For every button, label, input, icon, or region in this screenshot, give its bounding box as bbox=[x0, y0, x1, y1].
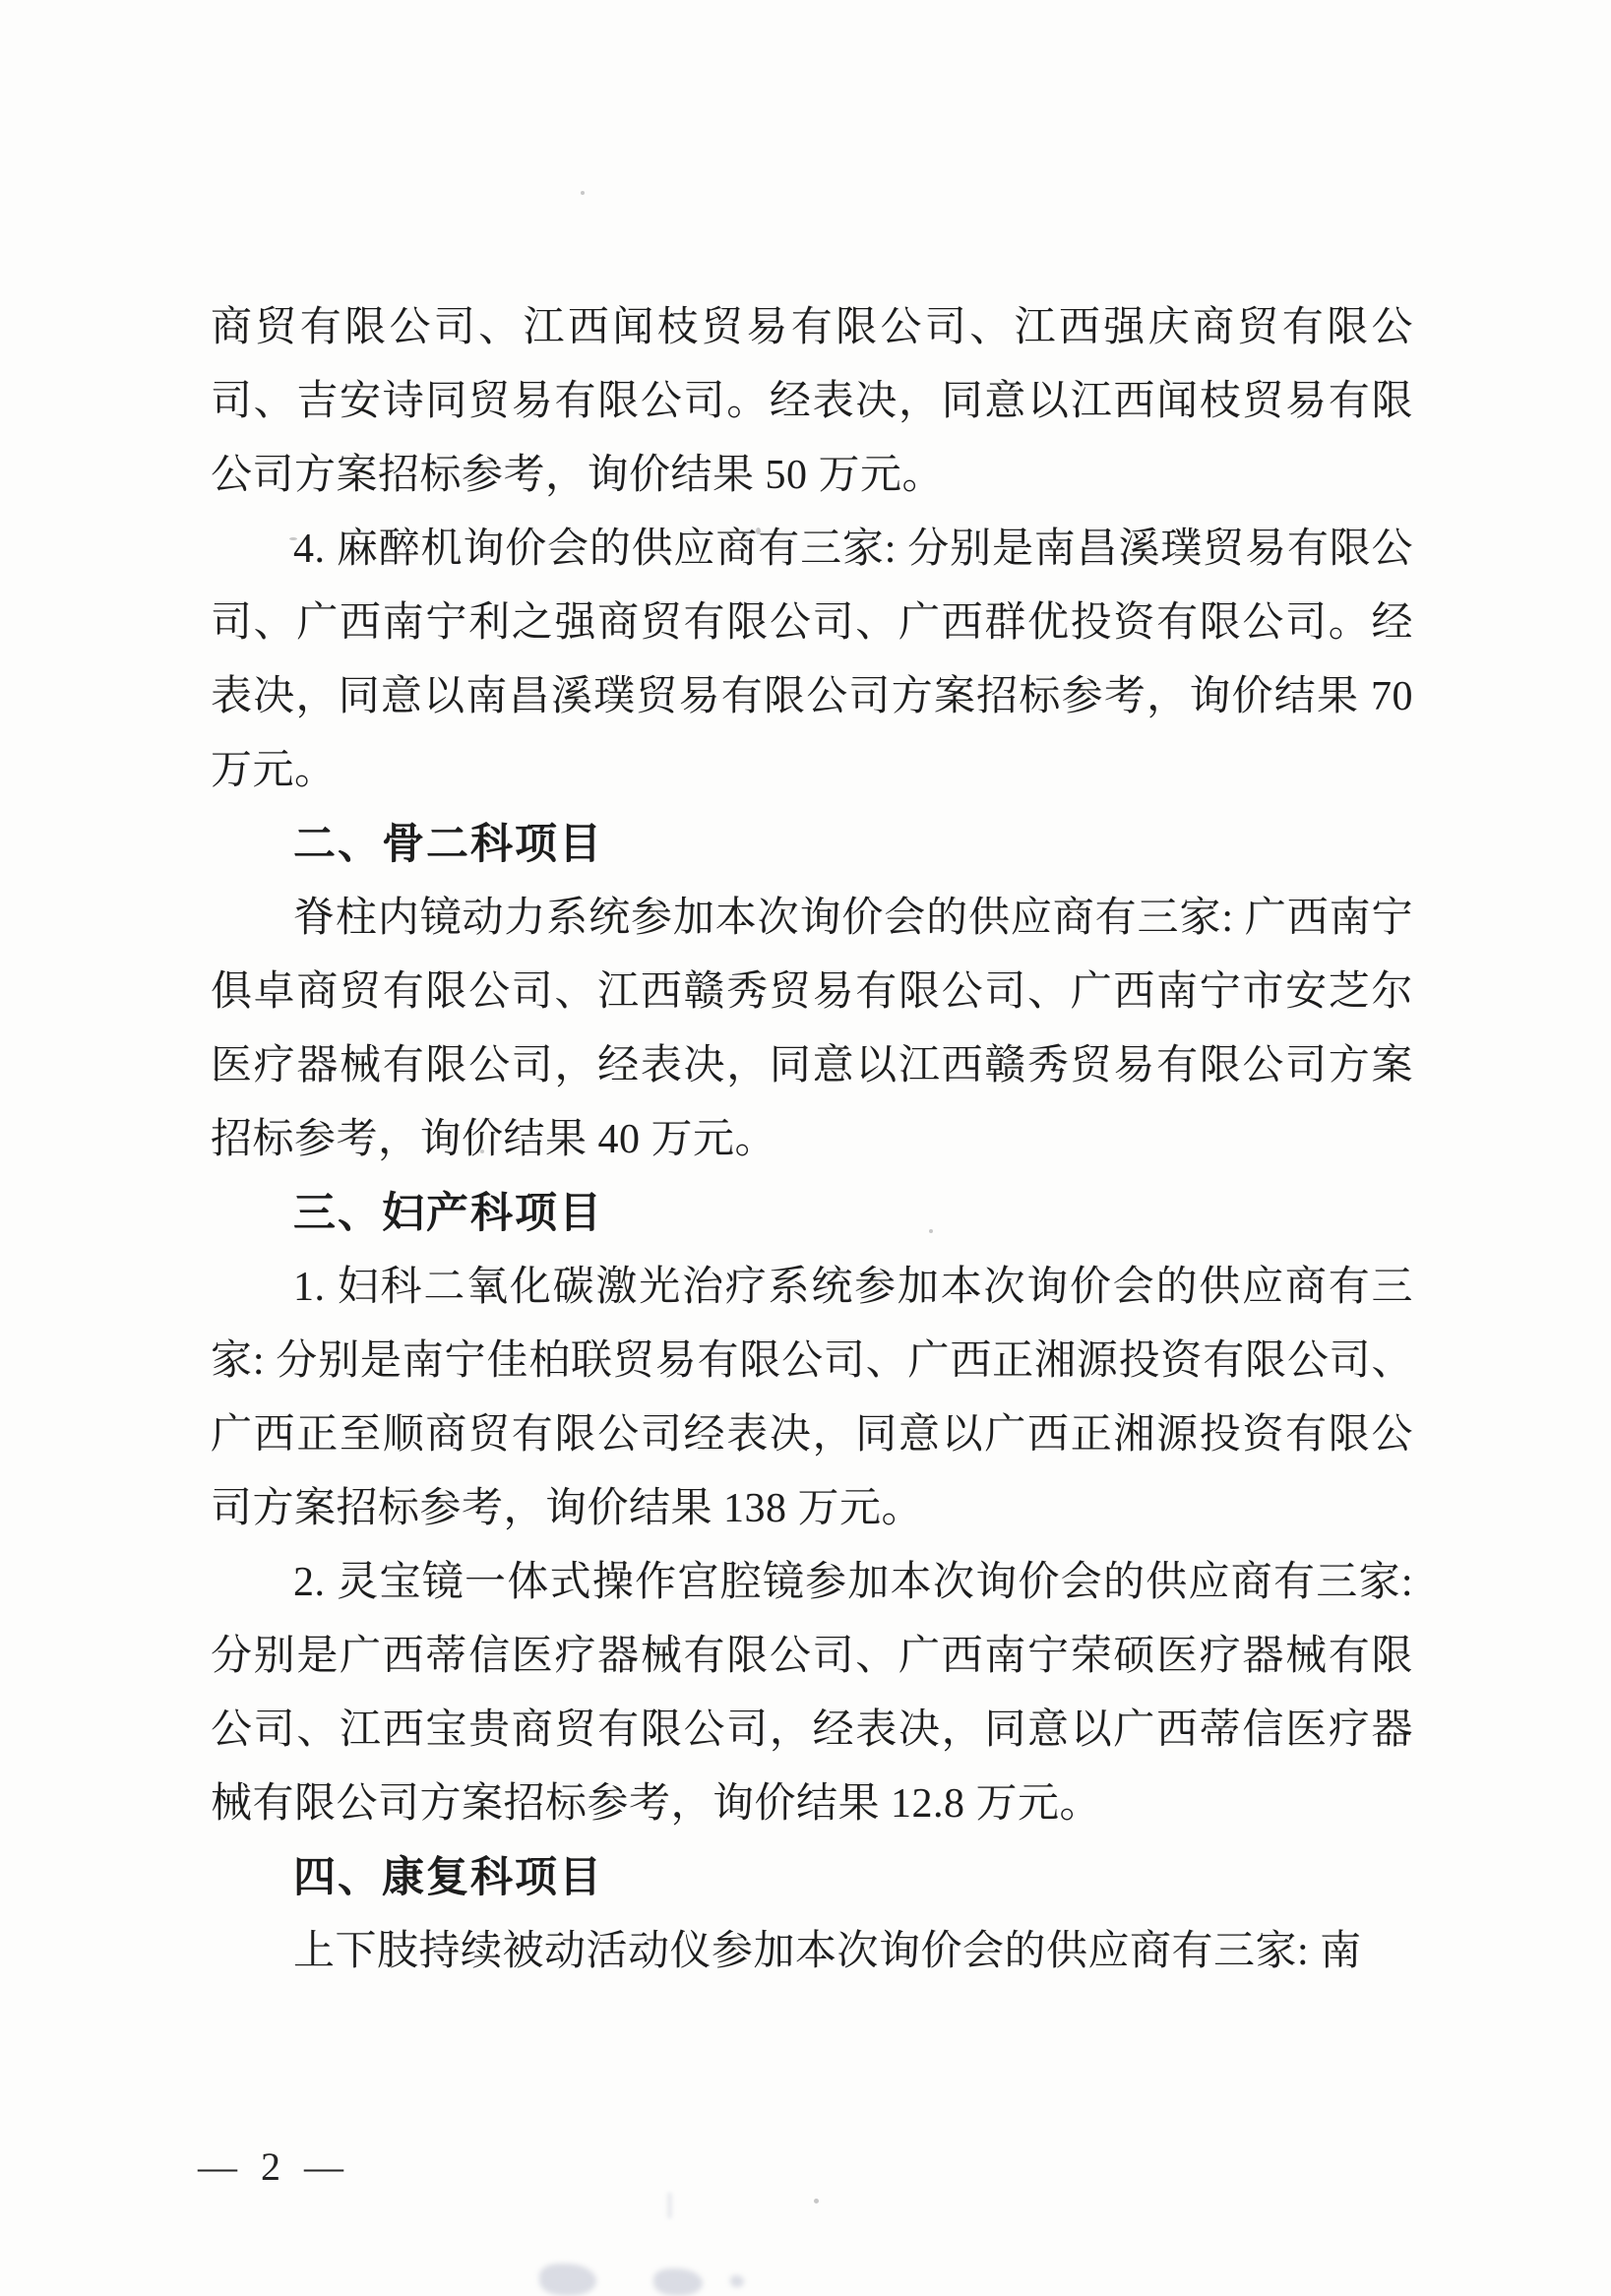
scan-smudge bbox=[653, 2268, 703, 2296]
paragraph-co2-laser-system: 1. 妇科二氧化碳激光治疗系统参加本次询价会的供应商有三家: 分别是南宁佳柏联贸… bbox=[211, 1251, 1413, 1546]
scan-speck bbox=[289, 537, 297, 540]
paragraph-spinal-endoscope-system: 脊柱内镜动力系统参加本次询价会的供应商有三家: 广西南宁俱卓商贸有限公司、江西赣… bbox=[211, 882, 1413, 1177]
heading-orthopedics-section: 二、骨二科项目 bbox=[211, 808, 1413, 882]
scan-speck bbox=[756, 527, 761, 534]
page-number: — 2 — bbox=[198, 2143, 347, 2190]
scan-smudge bbox=[539, 2264, 596, 2296]
scan-speck bbox=[814, 2199, 819, 2203]
paragraph-hysteroscope: 2. 灵宝镜一体式操作宫腔镜参加本次询价会的供应商有三家: 分别是广西蒂信医疗器… bbox=[211, 1546, 1413, 1841]
scan-speck bbox=[929, 1229, 933, 1233]
scan-streak bbox=[667, 2193, 672, 2218]
paragraph-continued-from-previous-page: 商贸有限公司、江西闻枝贸易有限公司、江西强庆商贸有限公司、吉安诗同贸易有限公司。… bbox=[211, 291, 1413, 513]
scan-speck bbox=[480, 1149, 484, 1153]
scanned-document-page: 商贸有限公司、江西闻枝贸易有限公司、江西强庆商贸有限公司、吉安诗同贸易有限公司。… bbox=[0, 0, 1611, 2296]
document-body: 商贸有限公司、江西闻枝贸易有限公司、江西强庆商贸有限公司、吉安诗同贸易有限公司。… bbox=[211, 291, 1413, 1989]
heading-rehabilitation-section: 四、康复科项目 bbox=[211, 1841, 1413, 1915]
heading-obstetrics-gynecology-section: 三、妇产科项目 bbox=[211, 1177, 1413, 1251]
scan-speck bbox=[581, 191, 585, 195]
paragraph-anesthesia-machine: 4. 麻醉机询价会的供应商有三家: 分别是南昌溪璞贸易有限公司、广西南宁利之强商… bbox=[211, 513, 1413, 808]
paragraph-cpm-device: 上下肢持续被动活动仪参加本次询价会的供应商有三家: 南 bbox=[211, 1915, 1413, 1989]
scan-smudge bbox=[730, 2275, 744, 2287]
